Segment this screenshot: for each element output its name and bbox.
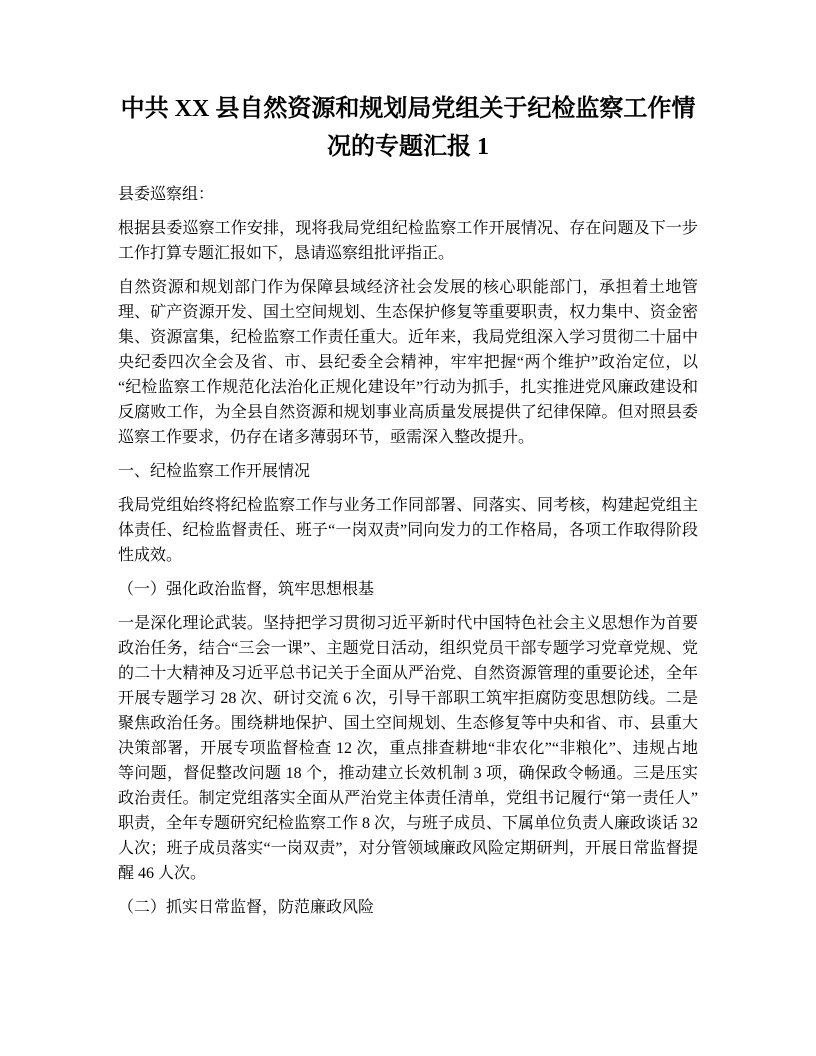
body-paragraph: 我局党组始终将纪检监察工作与业务工作同部署、同落实、同考核，构建起党组主体责任、… bbox=[118, 493, 698, 568]
body-paragraph: 一是深化理论武装。坚持把学习贯彻习近平新时代中国特色社会主义思想作为首要政治任务… bbox=[118, 611, 698, 886]
section-heading: （一）强化政治监督，筑牢思想根基 bbox=[118, 577, 698, 602]
body-paragraph: 根据县委巡察工作安排，现将我局党组纪检监察工作开展情况、存在问题及下一步工作打算… bbox=[118, 216, 698, 266]
section-heading: 一、纪检监察工作开展情况 bbox=[118, 459, 698, 484]
body-paragraph: 自然资源和规划部门作为保障县域经济社会发展的核心职能部门，承担着土地管理、矿产资… bbox=[118, 275, 698, 450]
section-heading: （二）抓实日常监督，防范廉政风险 bbox=[118, 895, 698, 920]
document-body: 县委巡察组：根据县委巡察工作安排，现将我局党组纪检监察工作开展情况、存在问题及下… bbox=[118, 182, 698, 920]
document-page: 中共 XX 县自然资源和规划局党组关于纪检监察工作情况的专题汇报 1 县委巡察组… bbox=[0, 0, 816, 1056]
document-title: 中共 XX 县自然资源和规划局党组关于纪检监察工作情况的专题汇报 1 bbox=[118, 90, 698, 166]
salutation: 县委巡察组： bbox=[118, 182, 698, 207]
